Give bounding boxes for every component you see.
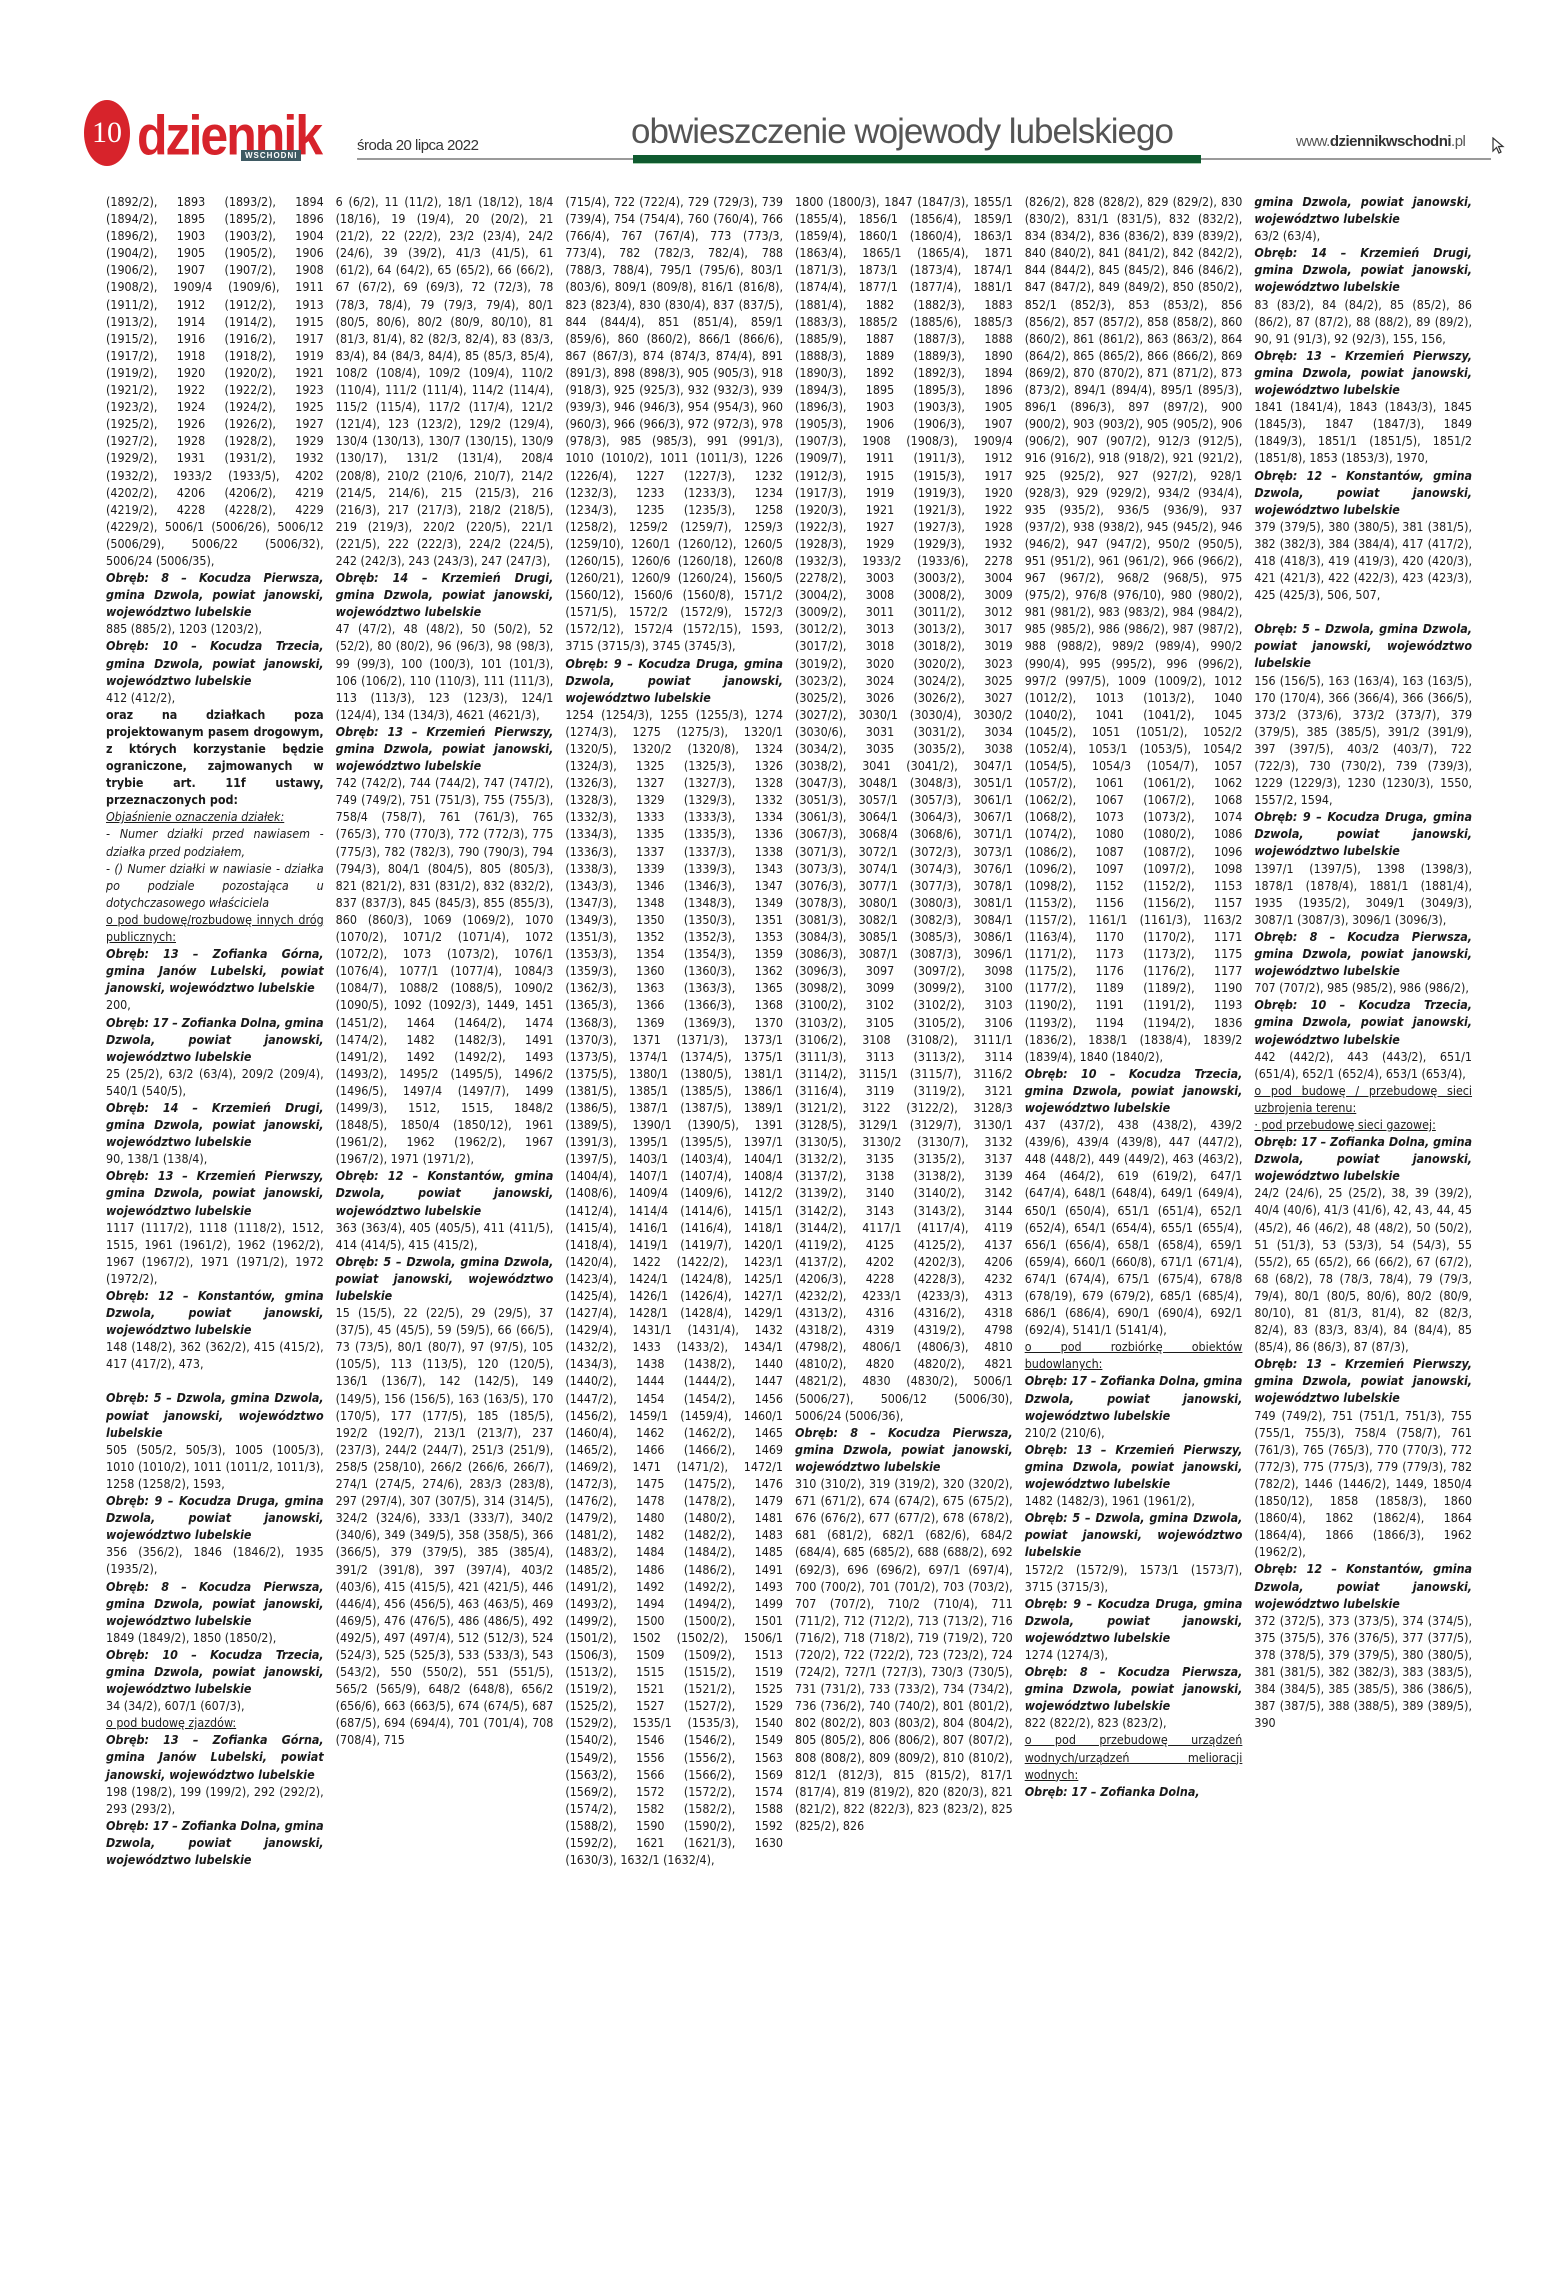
- parcel-district-heading: Obręb: 8 – Kocudza Pierwsza, gmina Dzwol…: [795, 1424, 1013, 1475]
- parcel-list: 1572/2 (1572/9), 1573/1 (1573/7), 3715 (…: [1025, 1561, 1243, 1595]
- parcel-district-heading: Obręb: 9 – Kocudza Druga, gmina Dzwola, …: [565, 655, 783, 706]
- parcel-list: 749 (749/2), 751 (751/1, 751/3), 755 (75…: [1254, 1407, 1472, 1561]
- website-suffix: .pl: [1451, 133, 1465, 150]
- text-column-3: (715/4), 722 (722/4), 729 (729/3), 739 (…: [565, 193, 783, 2233]
- parcel-list: 1117 (1117/2), 1118 (1118/2), 1512, 1515…: [106, 1219, 324, 1287]
- parcel-district-heading: Obręb: 14 – Krzemień Drugi, gmina Dzwola…: [1254, 244, 1472, 295]
- parcel-list: 90, 138/1 (138/4),: [106, 1150, 324, 1167]
- parcel-district-heading: Obręb: 14 – Krzemień Drugi, gmina Dzwola…: [106, 1099, 324, 1150]
- parcel-district-heading: Obręb: 17 – Zofianka Dolna, gmina Dzwola…: [1025, 1372, 1243, 1423]
- parcel-district-heading: gmina Dzwola, powiat janowski, województ…: [1254, 193, 1472, 227]
- parcel-district-heading: Obręb: 10 – Kocudza Trzecia, gmina Dzwol…: [106, 1646, 324, 1697]
- parcel-list: 210/2 (210/6),: [1025, 1424, 1243, 1441]
- parcel-district-heading: Obręb: 17 – Zofianka Dolna, gmina Dzwola…: [1254, 1133, 1472, 1184]
- brand-sub-badge: WSCHODNI: [241, 150, 301, 161]
- parcel-list: 156 (156/5), 163 (163/4), 163 (163/5), 1…: [1254, 672, 1472, 809]
- parcel-district-heading: Obręb: 8 – Kocudza Pierwsza, gmina Dzwol…: [1254, 928, 1472, 979]
- parcel-list: 356 (356/2), 1846 (1846/2), 1935 (1935/2…: [106, 1543, 324, 1577]
- parcel-district-heading: Obręb: 5 – Dzwola, gmina Dzwola, powiat …: [106, 1389, 324, 1440]
- parcel-list: 310 (310/2), 319 (319/2), 320 (320/2), 6…: [795, 1475, 1013, 1834]
- section-subheading: o pod przebudowę urządzeń wodnych/urządz…: [1025, 1731, 1243, 1782]
- parcel-list: 379 (379/5), 380 (380/5), 381 (381/5), 3…: [1254, 518, 1472, 603]
- page-number-badge: 10: [84, 100, 130, 166]
- text-column-6: gmina Dzwola, powiat janowski, województ…: [1254, 193, 1472, 2233]
- spacer: [106, 1372, 324, 1389]
- parcel-list: 63/2 (63/4),: [1254, 227, 1472, 244]
- parcel-district-heading: Obręb: 8 – Kocudza Pierwsza, gmina Dzwol…: [106, 569, 324, 620]
- header-rule-left: [357, 158, 633, 160]
- parcel-list: 24/2 (24/6), 25 (25/2), 38, 39 (39/2), 4…: [1254, 1184, 1472, 1355]
- parcel-district-heading: Obręb: 5 – Dzwola, gmina Dzwola, powiat …: [336, 1253, 554, 1304]
- bold-paragraph: oraz na działkach poza projektowanym pas…: [106, 706, 324, 809]
- section-subheading: o pod budowę zjazdów:: [106, 1714, 324, 1731]
- parcel-list: 363 (363/4), 405 (405/5), 411 (411/5), 4…: [336, 1219, 554, 1253]
- parcel-district-heading: Obręb: 5 – Dzwola, gmina Dzwola, powiat …: [1025, 1509, 1243, 1560]
- parcel-district-heading: Obręb: 9 – Kocudza Druga, gmina Dzwola, …: [1025, 1595, 1243, 1646]
- website-prefix: www.: [1296, 133, 1330, 150]
- masthead: 10 dziennik WSCHODNI środa 20 lipca 2022…: [0, 0, 1558, 185]
- section-subheading: o pod budowę / przebudowę sieci uzbrojen…: [1254, 1082, 1472, 1116]
- parcel-list: 34 (34/2), 607/1 (607/3),: [106, 1697, 324, 1714]
- parcel-district-heading: Obręb: 13 – Krzemień Pierwszy, gmina Dzw…: [1025, 1441, 1243, 1492]
- parcel-district-heading: Obręb: 17 – Zofianka Dolna,: [1025, 1783, 1243, 1800]
- parcel-district-heading: Obręb: 9 – Kocudza Druga, gmina Dzwola, …: [106, 1492, 324, 1543]
- parcel-list: 198 (198/2), 199 (199/2), 292 (292/2), 2…: [106, 1783, 324, 1817]
- parcel-list: 200,: [106, 996, 324, 1013]
- parcel-district-heading: Obręb: 12 – Konstantów, gmina Dzwola, po…: [336, 1167, 554, 1218]
- parcel-list: 707 (707/2), 985 (985/2), 986 (986/2),: [1254, 979, 1472, 996]
- text-column-1: (1892/2), 1893 (1893/2), 1894 (1894/2), …: [106, 193, 324, 2233]
- section-subheading: o pod budowę/rozbudowę innych dróg publi…: [106, 911, 324, 945]
- parcel-district-heading: Obręb: 8 – Kocudza Pierwsza, gmina Dzwol…: [106, 1578, 324, 1629]
- parcel-district-heading: Obręb: 13 – Krzemień Pierwszy, gmina Dzw…: [1254, 347, 1472, 398]
- header-rule-right: [1201, 158, 1491, 160]
- parcel-list: 505 (505/2, 505/3), 1005 (1005/3), 1010 …: [106, 1441, 324, 1492]
- parcel-list: 1274 (1274/3),: [1025, 1646, 1243, 1663]
- parcel-list: 1397/1 (1397/5), 1398 (1398/3), 1878/1 (…: [1254, 860, 1472, 928]
- parcel-list: 372 (372/5), 373 (373/5), 374 (374/5), 3…: [1254, 1612, 1472, 1732]
- parcel-district-heading: Obręb: 12 – Konstantów, gmina Dzwola, po…: [1254, 1560, 1472, 1611]
- text-column-5: (826/2), 828 (828/2), 829 (829/2), 830 (…: [1025, 193, 1243, 2233]
- parcel-list: 442 (442/2), 443 (443/2), 651/1 (651/4),…: [1254, 1048, 1472, 1082]
- legend-item: - () Numer działki w nawiasie - działka …: [106, 860, 324, 911]
- section-subheading: · pod przebudowę sieci gazowej:: [1254, 1116, 1472, 1133]
- parcel-list: (715/4), 722 (722/4), 729 (729/3), 739 (…: [565, 193, 783, 655]
- parcel-list: 1800 (1800/3), 1847 (1847/3), 1855/1 (18…: [795, 193, 1013, 1424]
- parcel-list: 822 (822/2), 823 (823/2),: [1025, 1714, 1243, 1731]
- parcel-district-heading: Obręb: 14 – Krzemień Drugi, gmina Dzwola…: [336, 569, 554, 620]
- website-domain: dziennikwschodni: [1330, 133, 1451, 150]
- spacer: [1254, 603, 1472, 620]
- parcel-district-heading: Obręb: 8 – Kocudza Pierwsza, gmina Dzwol…: [1025, 1663, 1243, 1714]
- website-link[interactable]: www.dziennikwschodni.pl: [1296, 133, 1465, 150]
- parcel-list: 47 (47/2), 48 (48/2), 50 (50/2), 52 (52/…: [336, 620, 554, 723]
- parcel-list: 1849 (1849/2), 1850 (1850/2),: [106, 1629, 324, 1646]
- parcel-list: (1892/2), 1893 (1893/2), 1894 (1894/2), …: [106, 193, 324, 569]
- legend-item: - Numer działki przed nawiasem - działka…: [106, 825, 324, 859]
- parcel-district-heading: Obręb: 13 – Krzemień Pierwszy, gmina Dzw…: [336, 723, 554, 774]
- parcel-list: 15 (15/5), 22 (22/5), 29 (29/5), 37 (37/…: [336, 1304, 554, 1748]
- section-title: obwieszczenie wojewody lubelskiego: [622, 112, 1182, 152]
- parcel-district-heading: Obręb: 9 – Kocudza Druga, gmina Dzwola, …: [1254, 808, 1472, 859]
- text-column-4: 1800 (1800/3), 1847 (1847/3), 1855/1 (18…: [795, 193, 1013, 2233]
- legend-heading: Objaśnienie oznaczenia działek:: [106, 808, 324, 825]
- parcel-district-heading: Obręb: 10 – Kocudza Trzecia, gmina Dzwol…: [1025, 1065, 1243, 1116]
- parcel-list: 742 (742/2), 744 (744/2), 747 (747/2), 7…: [336, 774, 554, 1167]
- parcel-district-heading: Obręb: 5 – Dzwola, gmina Dzwola, powiat …: [1254, 620, 1472, 671]
- parcel-district-heading: Obręb: 10 – Kocudza Trzecia, gmina Dzwol…: [106, 637, 324, 688]
- parcel-list: 885 (885/2), 1203 (1203/2),: [106, 620, 324, 637]
- parcel-district-heading: Obręb: 12 – Konstantów, gmina Dzwola, po…: [1254, 467, 1472, 518]
- mouse-cursor-icon: [1492, 137, 1506, 155]
- notice-body: (1892/2), 1893 (1893/2), 1894 (1894/2), …: [106, 193, 1472, 2233]
- parcel-district-heading: Obręb: 13 – Krzemień Pierwszy, gmina Dzw…: [1254, 1355, 1472, 1406]
- parcel-list: 6 (6/2), 11 (11/2), 18/1 (18/12), 18/4 (…: [336, 193, 554, 569]
- parcel-list: 412 (412/2),: [106, 689, 324, 706]
- parcel-district-heading: Obręb: 12 – Konstantów, gmina Dzwola, po…: [106, 1287, 324, 1338]
- parcel-district-heading: Obręb: 10 – Kocudza Trzecia, gmina Dzwol…: [1254, 996, 1472, 1047]
- parcel-district-heading: Obręb: 13 – Zofianka Górna, gmina Janów …: [106, 945, 324, 996]
- header-rule-green: [633, 155, 1201, 164]
- parcel-district-heading: Obręb: 13 – Krzemień Pierwszy, gmina Dzw…: [106, 1167, 324, 1218]
- parcel-list: 437 (437/2), 438 (438/2), 439/2 (439/6),…: [1025, 1116, 1243, 1338]
- issue-date: środa 20 lipca 2022: [357, 137, 478, 154]
- parcel-list: 25 (25/2), 63/2 (63/4), 209/2 (209/4), 5…: [106, 1065, 324, 1099]
- parcel-list: 83 (83/2), 84 (84/2), 85 (85/2), 86 (86/…: [1254, 296, 1472, 347]
- parcel-list: 148 (148/2), 362 (362/2), 415 (415/2), 4…: [106, 1338, 324, 1372]
- parcel-district-heading: Obręb: 17 – Zofianka Dolna, gmina Dzwola…: [106, 1817, 324, 1868]
- section-subheading: o pod rozbiórkę obiektów budowlanych:: [1025, 1338, 1243, 1372]
- parcel-list: 1482 (1482/3), 1961 (1961/2),: [1025, 1492, 1243, 1509]
- text-column-2: 6 (6/2), 11 (11/2), 18/1 (18/12), 18/4 (…: [336, 193, 554, 2233]
- parcel-district-heading: Obręb: 17 – Zofianka Dolna, gmina Dzwola…: [106, 1014, 324, 1065]
- parcel-district-heading: Obręb: 13 – Zofianka Górna, gmina Janów …: [106, 1731, 324, 1782]
- parcel-list: 1254 (1254/3), 1255 (1255/3), 1274 (1274…: [565, 706, 783, 1868]
- parcel-list: (826/2), 828 (828/2), 829 (829/2), 830 (…: [1025, 193, 1243, 1065]
- parcel-list: 1841 (1841/4), 1843 (1843/3), 1845 (1845…: [1254, 398, 1472, 466]
